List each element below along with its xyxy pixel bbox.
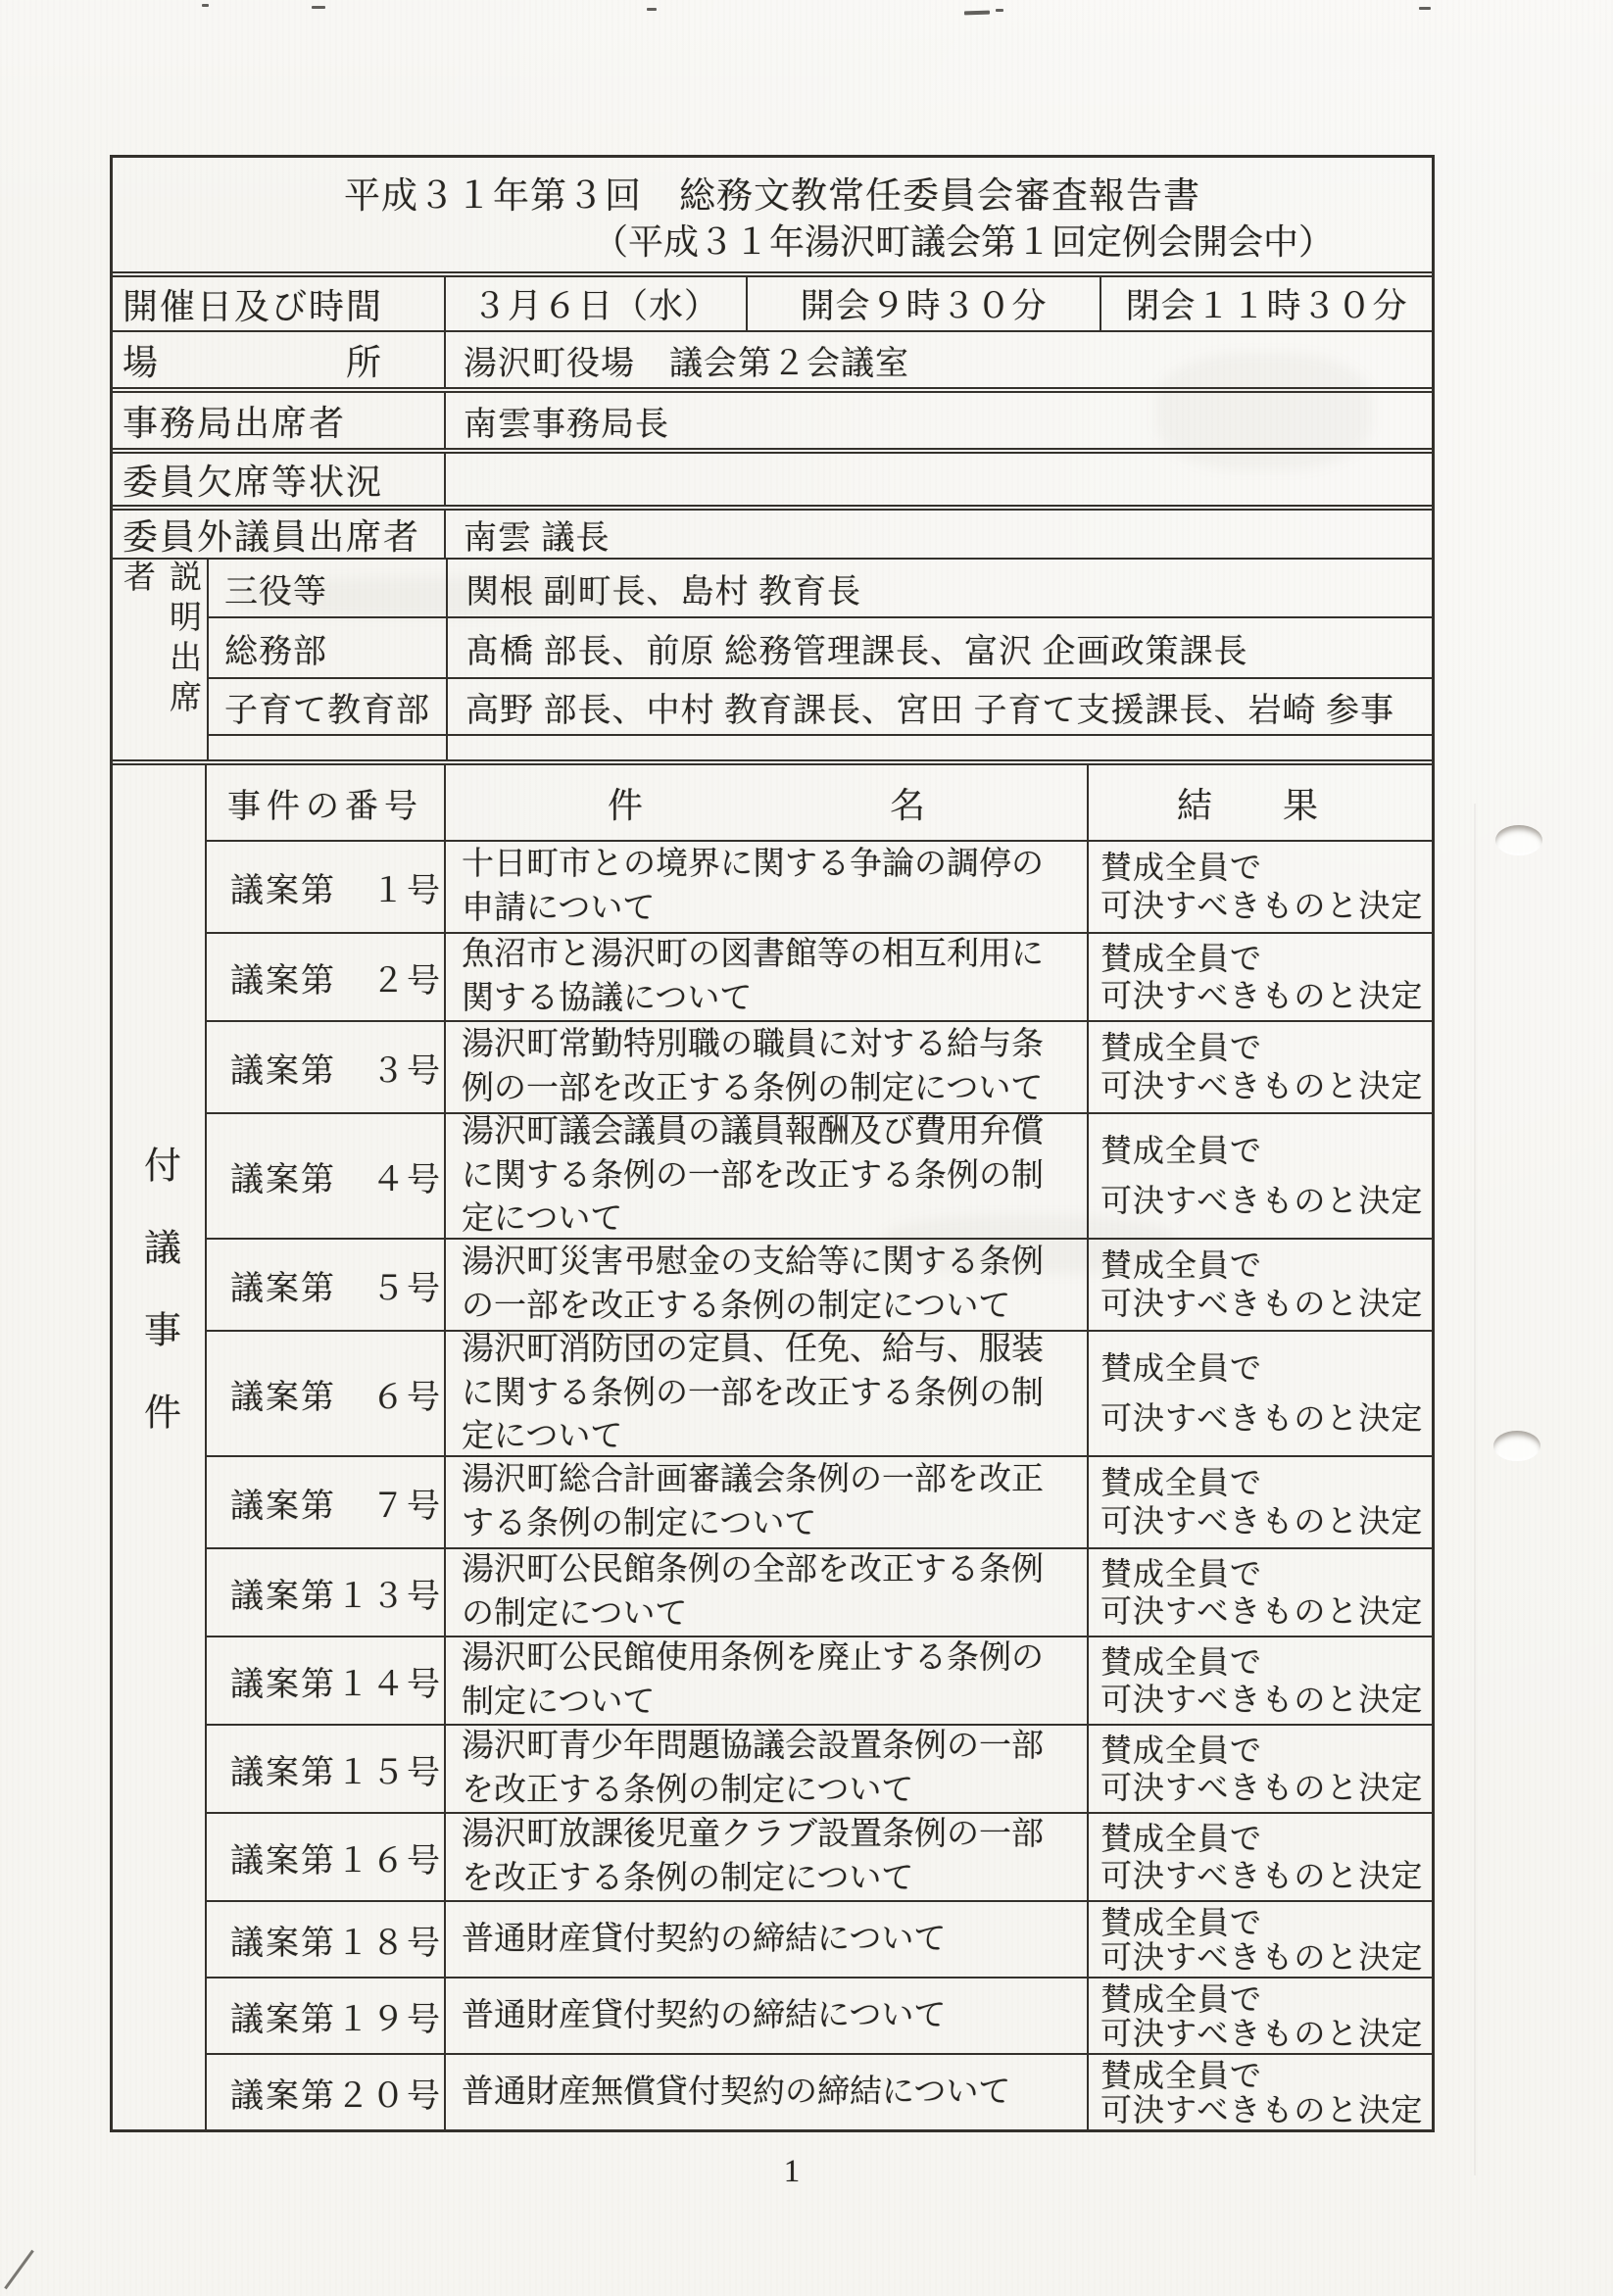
case-name: 湯沢町常勤特別職の職員に対する給与条例の一部を改正する条例の制定について <box>446 1022 1089 1112</box>
explainer-group-label: 総務部 <box>209 618 448 677</box>
case-result: 賛成全員で可決すべきものと決定 <box>1089 1814 1432 1900</box>
scan-scratch <box>4 2250 34 2290</box>
case-name: 湯沢町消防団の定員、任免、給与、服装に関する条例の一部を改正する条例の制定につい… <box>446 1332 1089 1455</box>
case-number: 議案第２０号 <box>207 2055 446 2130</box>
case-name: 湯沢町災害弔慰金の支給等に関する条例の一部を改正する条例の制定について <box>446 1240 1089 1330</box>
case-result: 賛成全員で可決すべきものと決定 <box>1089 1637 1432 1724</box>
case-name: 湯沢町公民館条例の全部を改正する条例の制定について <box>446 1549 1089 1636</box>
case-row: 議案第 ５号 湯沢町災害弔慰金の支給等に関する条例の一部を改正する条例の制定につ… <box>207 1240 1432 1332</box>
result-line: 賛成全員で <box>1100 1134 1262 1168</box>
punch-hole <box>1495 825 1542 855</box>
open-time: 開会９時３０分 <box>748 277 1101 330</box>
report-title: 平成３１年第３回 総務文教常任委員会審査報告書 <box>113 175 1432 219</box>
scan-speck <box>964 11 990 16</box>
scan-speck <box>312 6 325 9</box>
explainer-vertical-label-cell: 説明出席者 <box>113 560 209 759</box>
row-datetime: 開催日及び時間 ３月６日（水） 開会９時３０分 閉会１１時３０分 <box>113 277 1432 332</box>
case-row: 議案第２０号 普通財産無償貸付契約の締結について 賛成全員で可決すべきものと決定 <box>207 2055 1432 2130</box>
case-number: 議案第１３号 <box>207 1549 446 1636</box>
explainer-vertical-label: 説明出席者 <box>114 560 206 759</box>
case-name: 湯沢町議会議員の議員報酬及び費用弁償に関する条例の一部を改正する条例の制定につい… <box>446 1114 1089 1238</box>
case-number: 議案第 ５号 <box>207 1240 446 1330</box>
case-result: 賛成全員で可決すべきものと決定 <box>1089 1022 1432 1112</box>
case-name: 湯沢町公民館使用条例を廃止する条例の制定について <box>446 1637 1089 1724</box>
case-row: 議案第 ６号 湯沢町消防団の定員、任免、給与、服装に関する条例の一部を改正する条… <box>207 1332 1432 1457</box>
case-row: 議案第 １号 十日町市との境界に関する争論の調停の申請について 賛成全員で可決す… <box>207 842 1432 934</box>
place-label: 場 所 <box>113 332 446 387</box>
result-line: 賛成全員で <box>1100 1645 1262 1680</box>
case-result: 賛成全員で可決すべきものと決定 <box>1089 1457 1432 1547</box>
case-number: 議案第 ４号 <box>207 1114 446 1238</box>
result-line: 可決すべきものと決定 <box>1100 889 1423 923</box>
explainer-row-sanyaku: 三役等 関根 副町長、島村 教育長 <box>209 560 1432 618</box>
agenda-vertical-label: 付議事件 <box>132 1146 186 1475</box>
case-name: 魚沼市と湯沢町の図書館等の相互利用に関する協議について <box>446 934 1089 1020</box>
meeting-date: ３月６日（水） <box>446 277 748 330</box>
case-name: 普通財産貸付契約の締結について <box>446 1902 1089 1977</box>
result-line: 賛成全員で <box>1100 1822 1262 1856</box>
row-absence: 委員欠席等状況 <box>113 454 1432 511</box>
explainer-row-soumu: 総務部 髙橋 部長、前原 総務管理課長、富沢 企画政策課長 <box>209 618 1432 679</box>
scan-speck <box>1419 7 1431 10</box>
case-number: 議案第１６号 <box>207 1814 446 1900</box>
agenda-vertical-label-cell: 付議事件 <box>113 765 207 2129</box>
case-number: 議案第 ３号 <box>207 1022 446 1112</box>
explainer-rows: 三役等 関根 副町長、島村 教育長 総務部 髙橋 部長、前原 総務管理課長、富沢… <box>209 560 1432 759</box>
header-case-result: 結 果 <box>1089 765 1432 840</box>
scan-speck <box>202 4 209 7</box>
result-line: 賛成全員で <box>1100 1466 1262 1500</box>
case-row: 議案第１８号 普通財産貸付契約の締結について 賛成全員で可決すべきものと決定 <box>207 1902 1432 1978</box>
result-line: 賛成全員で <box>1100 1734 1262 1768</box>
case-name: 十日町市との境界に関する争論の調停の申請について <box>446 842 1089 932</box>
result-line: 賛成全員で <box>1100 1906 1262 1940</box>
result-line: 賛成全員で <box>1100 1557 1262 1591</box>
explainer-row-empty <box>209 736 1432 759</box>
result-line: 賛成全員で <box>1100 1351 1262 1386</box>
result-line: 可決すべきものと決定 <box>1100 1504 1423 1539</box>
explainer-group-label: 子育て教育部 <box>209 679 448 734</box>
case-number: 議案第１５号 <box>207 1726 446 1812</box>
absence-label: 委員欠席等状況 <box>113 454 446 505</box>
agenda-section: 付議事件 事件の番号 件 名 結 果 議案第 １号 十日町市との境界に関する争論… <box>113 765 1432 2129</box>
case-number: 議案第１９号 <box>207 1978 446 2053</box>
header-case-name: 件 名 <box>446 765 1089 840</box>
explainer-block: 説明出席者 三役等 関根 副町長、島村 教育長 総務部 髙橋 部長、前原 総務管… <box>113 560 1432 765</box>
case-name: 普通財産貸付契約の締結について <box>446 1978 1089 2053</box>
case-result: 賛成全員で可決すべきものと決定 <box>1089 1978 1432 2053</box>
secretariat-label: 事務局出席者 <box>113 393 446 448</box>
absence-value <box>446 454 1432 505</box>
agenda-header-row: 事件の番号 件 名 結 果 <box>207 765 1432 842</box>
case-result: 賛成全員で可決すべきものと決定 <box>1089 934 1432 1020</box>
explainer-names: 高野 部長、中村 教育課長、宮田 子育て支援課長、岩崎 参事 <box>448 679 1432 734</box>
nonmember-value: 南雲 議長 <box>446 511 1432 558</box>
case-result: 賛成全員で可決すべきものと決定 <box>1089 1726 1432 1812</box>
datetime-label: 開催日及び時間 <box>113 277 446 330</box>
case-row: 議案第 ４号 湯沢町議会議員の議員報酬及び費用弁償に関する条例の一部を改正する条… <box>207 1114 1432 1240</box>
result-line: 可決すべきものと決定 <box>1100 1287 1423 1321</box>
case-row: 議案第１５号 湯沢町青少年問題協議会設置条例の一部を改正する条例の制定について … <box>207 1726 1432 1814</box>
result-line: 賛成全員で <box>1100 851 1262 885</box>
case-result: 賛成全員で可決すべきものと決定 <box>1089 842 1432 932</box>
case-name: 湯沢町青少年問題協議会設置条例の一部を改正する条例の制定について <box>446 1726 1089 1812</box>
explainer-group-label: 三役等 <box>209 560 448 616</box>
case-name: 湯沢町総合計画審議会条例の一部を改正する条例の制定について <box>446 1457 1089 1547</box>
row-secretariat: 事務局出席者 南雲事務局長 <box>113 393 1432 454</box>
result-line: 可決すべきものと決定 <box>1100 1069 1423 1103</box>
page-number: 1 <box>784 2154 801 2190</box>
row-nonmember: 委員外議員出席者 南雲 議長 <box>113 511 1432 560</box>
scanned-report-page: 平成３１年第３回 総務文教常任委員会審査報告書 （平成３１年湯沢町議会第１回定例… <box>0 0 1613 2296</box>
case-number: 議案第１４号 <box>207 1637 446 1724</box>
report-subtitle: （平成３１年湯沢町議会第１回定例会開会中） <box>113 220 1432 264</box>
case-result: 賛成全員で可決すべきものと決定 <box>1089 1549 1432 1636</box>
case-row: 議案第 ２号 魚沼市と湯沢町の図書館等の相互利用に関する協議について 賛成全員で… <box>207 934 1432 1022</box>
result-line: 可決すべきものと決定 <box>1100 1771 1423 1805</box>
report-table: 平成３１年第３回 総務文教常任委員会審査報告書 （平成３１年湯沢町議会第１回定例… <box>110 155 1435 2132</box>
paper-fold-line <box>1474 804 1476 2175</box>
case-number: 議案第１８号 <box>207 1902 446 1977</box>
result-line: 可決すべきものと決定 <box>1100 1401 1423 1436</box>
case-result: 賛成全員で可決すべきものと決定 <box>1089 1902 1432 1977</box>
secretariat-value: 南雲事務局長 <box>446 393 1432 448</box>
result-line: 賛成全員で <box>1100 2059 1262 2093</box>
nonmember-label: 委員外議員出席者 <box>113 511 446 558</box>
result-line: 賛成全員で <box>1100 942 1262 976</box>
row-place: 場 所 湯沢町役場 議会第２会議室 <box>113 332 1432 393</box>
case-row: 議案第１９号 普通財産貸付契約の締結について 賛成全員で可決すべきものと決定 <box>207 1978 1432 2055</box>
case-name: 湯沢町放課後児童クラブ設置条例の一部を改正する条例の制定について <box>446 1814 1089 1900</box>
case-result: 賛成全員で可決すべきものと決定 <box>1089 1114 1432 1238</box>
case-number: 議案第 １号 <box>207 842 446 932</box>
result-line: 賛成全員で <box>1100 1248 1262 1283</box>
case-row: 議案第１３号 湯沢町公民館条例の全部を改正する条例の制定について 賛成全員で可決… <box>207 1549 1432 1637</box>
case-row: 議案第１４号 湯沢町公民館使用条例を廃止する条例の制定について 賛成全員で可決す… <box>207 1637 1432 1726</box>
scan-speck <box>996 9 1003 12</box>
result-line: 可決すべきものと決定 <box>1100 1184 1423 1218</box>
case-row: 議案第 ３号 湯沢町常勤特別職の職員に対する給与条例の一部を改正する条例の制定に… <box>207 1022 1432 1114</box>
result-line: 賛成全員で <box>1100 1031 1262 1065</box>
case-number: 議案第 ６号 <box>207 1332 446 1455</box>
result-line: 可決すべきものと決定 <box>1100 2093 1423 2127</box>
explainer-group-label <box>209 736 448 759</box>
scan-speck <box>647 8 657 11</box>
result-line: 可決すべきものと決定 <box>1100 979 1423 1013</box>
result-line: 可決すべきものと決定 <box>1100 1940 1423 1975</box>
result-line: 可決すべきものと決定 <box>1100 1683 1423 1717</box>
explainer-names: 髙橋 部長、前原 総務管理課長、富沢 企画政策課長 <box>448 618 1432 677</box>
explainer-names <box>448 736 1432 759</box>
case-result: 賛成全員で可決すべきものと決定 <box>1089 1332 1432 1455</box>
result-line: 可決すべきものと決定 <box>1100 1594 1423 1629</box>
title-block: 平成３１年第３回 総務文教常任委員会審査報告書 （平成３１年湯沢町議会第１回定例… <box>113 158 1432 277</box>
case-row: 議案第１６号 湯沢町放課後児童クラブ設置条例の一部を改正する条例の制定について … <box>207 1814 1432 1902</box>
result-line: 可決すべきものと決定 <box>1100 2017 1423 2051</box>
case-result: 賛成全員で可決すべきものと決定 <box>1089 2055 1432 2130</box>
case-name: 普通財産無償貸付契約の締結について <box>446 2055 1089 2130</box>
punch-hole <box>1493 1431 1540 1461</box>
explainer-names: 関根 副町長、島村 教育長 <box>448 560 1432 616</box>
explainer-row-kosodate: 子育て教育部 高野 部長、中村 教育課長、宮田 子育て支援課長、岩崎 参事 <box>209 679 1432 736</box>
case-number: 議案第 ７号 <box>207 1457 446 1547</box>
header-case-number: 事件の番号 <box>207 765 446 840</box>
result-line: 可決すべきものと決定 <box>1100 1859 1423 1893</box>
place-value: 湯沢町役場 議会第２会議室 <box>446 332 1432 387</box>
agenda-rows: 事件の番号 件 名 結 果 議案第 １号 十日町市との境界に関する争論の調停の申… <box>207 765 1432 2129</box>
case-number: 議案第 ２号 <box>207 934 446 1020</box>
case-row: 議案第 ７号 湯沢町総合計画審議会条例の一部を改正する条例の制定について 賛成全… <box>207 1457 1432 1549</box>
case-result: 賛成全員で可決すべきものと決定 <box>1089 1240 1432 1330</box>
close-time: 閉会１１時３０分 <box>1101 277 1432 330</box>
result-line: 賛成全員で <box>1100 1982 1262 2017</box>
